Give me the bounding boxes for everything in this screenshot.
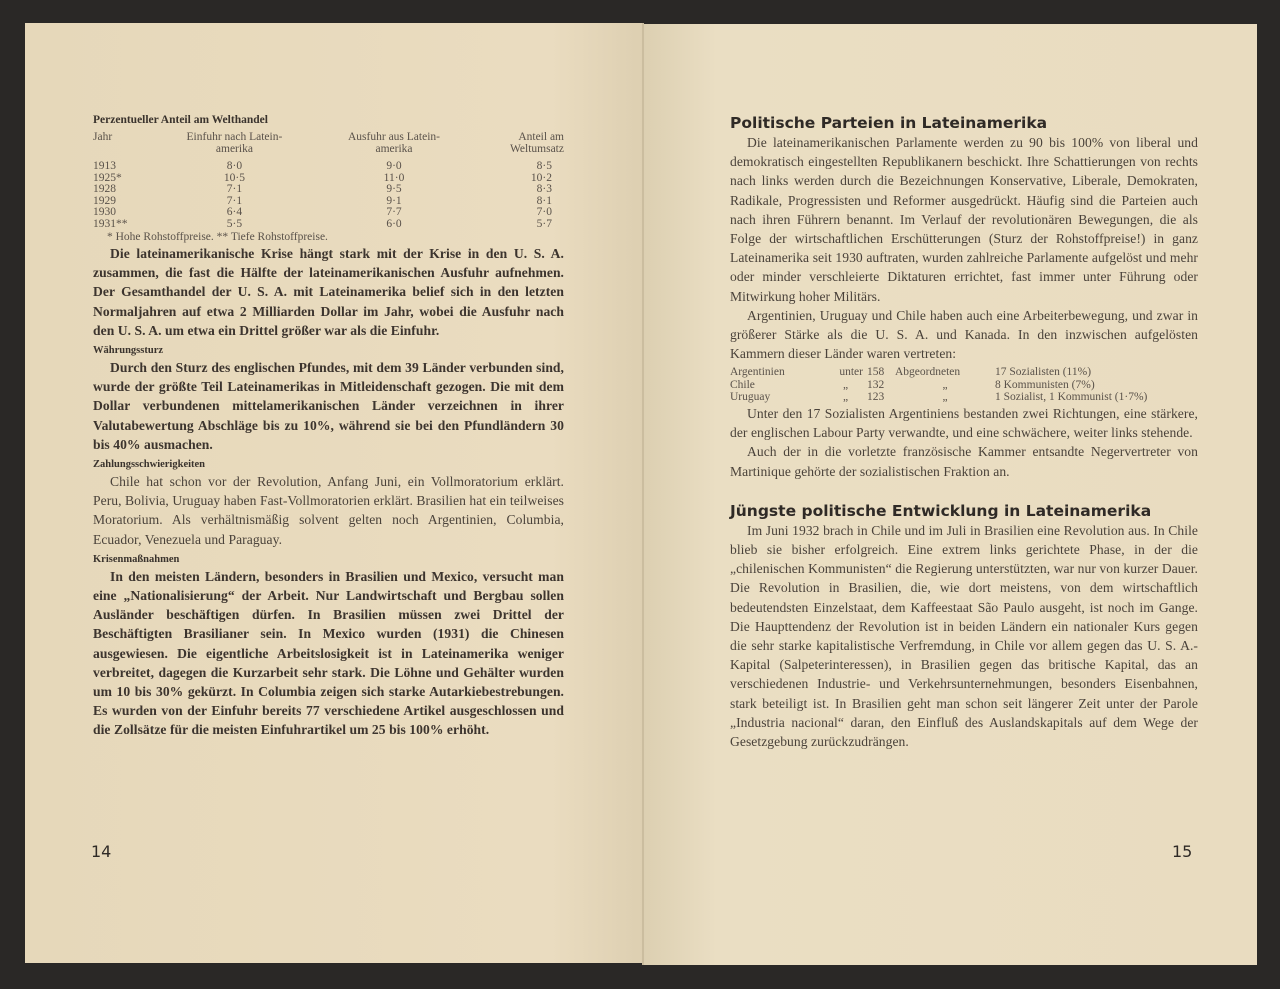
paragraph-waehrungssturz: Durch den Sturz des englischen Pfundes, … — [93, 358, 564, 454]
heading-krisenmassnahmen: Krisenmaßnahmen — [93, 552, 564, 567]
col-header-imports-line1: Einfuhr nach Latein- — [187, 131, 283, 143]
col-header-share: Anteil amWeltumsatz — [472, 131, 564, 161]
cell-representation: 8 Kommunisten (7%) — [995, 379, 1198, 392]
cell-deputies: „ — [891, 391, 995, 404]
cell-share: 7·0 — [472, 207, 564, 219]
col-header-exports-line2: amerika — [375, 143, 412, 155]
table-footnote: * Hohe Rohstoffpreise. ** Tiefe Rohstoff… — [93, 230, 564, 244]
table-row: 1929 7·1 9·1 8·1 — [93, 196, 564, 208]
cell-imports: 7·1 — [153, 184, 316, 196]
cell-deputies: „ — [891, 379, 995, 392]
table-row: 1925* 10·5 11·0 10·2 — [93, 173, 564, 185]
paragraph-parties-3: Unter den 17 Sozialisten Argentiniens be… — [730, 404, 1198, 442]
cell-share: 8·5 — [472, 161, 564, 173]
table-row: Uruguay „ 123 „ 1 Sozialist, 1 Kommunist… — [730, 391, 1198, 404]
cell-year: 1931** — [93, 219, 153, 231]
col-header-year: Jahr — [93, 131, 153, 161]
col-header-exports-line1: Ausfuhr aus Latein- — [348, 131, 440, 143]
paragraph-krisenmassnahmen: In den meisten Ländern, besonders in Bra… — [93, 567, 564, 740]
paragraph-parties-4: Auch der in die vorletzte französische K… — [730, 442, 1198, 480]
paragraph-zahlungsschwierigkeiten: Chile hat schon vor der Revolution, Anfa… — [93, 472, 564, 549]
cell-country: Chile — [730, 379, 828, 392]
section-title-recent-developments: Jüngste politische Entwicklung in Latein… — [730, 501, 1198, 521]
col-header-exports: Ausfuhr aus Latein-amerika — [316, 131, 472, 161]
col-header-share-line1: Anteil am — [518, 131, 564, 143]
table-row: 1930 6·4 7·7 7·0 — [93, 207, 564, 219]
cell-representation: 17 Sozialisten (11%) — [995, 366, 1198, 379]
cell-seats: 158 — [867, 366, 891, 379]
left-page-content: Perzentueller Anteil am Welthandel Jahr … — [93, 113, 564, 740]
paragraph-parties-1: Die lateinamerikanischen Parlamente werd… — [730, 133, 1198, 306]
table-row: Chile „ 132 „ 8 Kommunisten (7%) — [730, 379, 1198, 392]
cell-deputies: Abgeordneten — [891, 366, 995, 379]
paragraph-intro: Die lateinamerikanische Krise hängt star… — [93, 244, 564, 340]
table-title: Perzentueller Anteil am Welthandel — [93, 113, 564, 127]
cell-year: 1913 — [93, 161, 153, 173]
cell-share: 5·7 — [472, 219, 564, 231]
table-row: 1928 7·1 9·5 8·3 — [93, 184, 564, 196]
cell-imports: 6·4 — [153, 207, 316, 219]
paragraph-recent-developments: Im Juni 1932 brach in Chile und im Juli … — [730, 521, 1198, 751]
cell-under: „ — [828, 391, 867, 404]
book-spine — [642, 23, 644, 965]
cell-country: Argentinien — [730, 366, 828, 379]
table-row: 1931** 5·5 6·0 5·7 — [93, 219, 564, 231]
cell-imports: 5·5 — [153, 219, 316, 231]
cell-under: „ — [828, 379, 867, 392]
cell-seats: 123 — [867, 391, 891, 404]
page-number-left: 14 — [91, 842, 111, 861]
cell-seats: 132 — [867, 379, 891, 392]
col-header-imports-line2: amerika — [216, 143, 253, 155]
cell-exports: 9·5 — [316, 184, 472, 196]
page-number-right: 15 — [1172, 842, 1192, 861]
world-trade-table: Jahr Einfuhr nach Latein-amerika Ausfuhr… — [93, 131, 564, 230]
cell-country: Uruguay — [730, 391, 828, 404]
cell-exports: 7·7 — [316, 207, 472, 219]
col-header-imports: Einfuhr nach Latein-amerika — [153, 131, 316, 161]
cell-exports: 9·0 — [316, 161, 472, 173]
right-page-content: Politische Parteien in Lateinamerika Die… — [730, 113, 1198, 751]
cell-imports: 8·0 — [153, 161, 316, 173]
col-header-share-line2: Weltumsatz — [510, 143, 564, 155]
heading-waehrungssturz: Währungssturz — [93, 343, 564, 358]
table-row: Argentinien unter 158 Abgeordneten 17 So… — [730, 366, 1198, 379]
cell-year: 1928 — [93, 184, 153, 196]
chambers-table: Argentinien unter 158 Abgeordneten 17 So… — [730, 366, 1198, 404]
cell-year: 1930 — [93, 207, 153, 219]
paragraph-parties-2: Argentinien, Uruguay und Chile haben auc… — [730, 306, 1198, 364]
table-row: 1913 8·0 9·0 8·5 — [93, 161, 564, 173]
section-title-parties: Politische Parteien in Lateinamerika — [730, 113, 1198, 133]
cell-under: unter — [828, 366, 867, 379]
heading-zahlungsschwierigkeiten: Zahlungsschwierigkeiten — [93, 457, 564, 472]
cell-representation: 1 Sozialist, 1 Kommunist (1·7%) — [995, 391, 1198, 404]
cell-share: 8·3 — [472, 184, 564, 196]
cell-exports: 6·0 — [316, 219, 472, 231]
